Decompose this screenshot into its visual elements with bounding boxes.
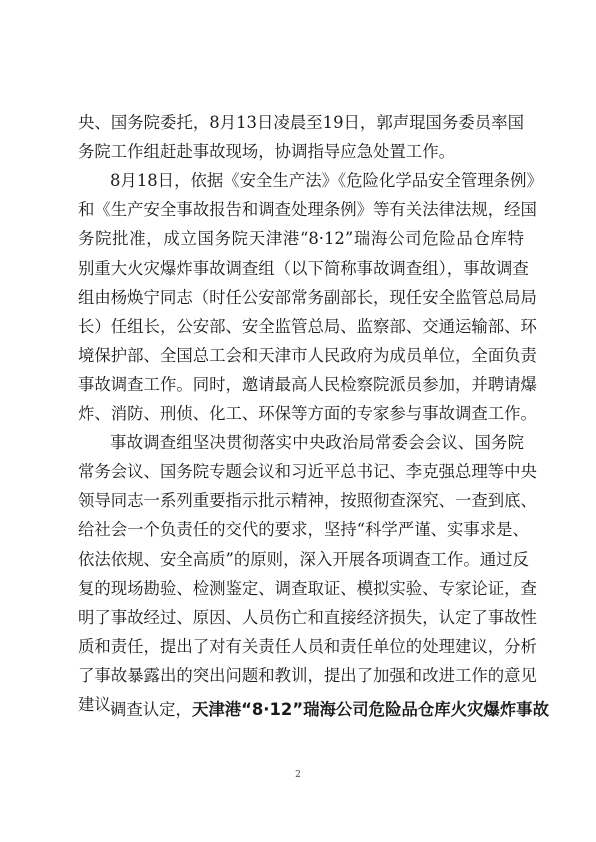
text-line: 别重大火灾爆炸事故调查组（以下简称事故调查组），事故调查 — [78, 258, 524, 280]
text-line: 给社会一个负责任的交代的要求，坚持“科学严谨、实事求是、 — [78, 519, 524, 541]
text-line: 领导同志一系列重要指示批示精神，按照彻查深究、一查到底、 — [78, 490, 524, 512]
final-line-normal-text: 调查认定， — [110, 700, 192, 719]
text-line: 长）任组长，公安部、安全监管总局、监察部、交通运输部、环 — [78, 316, 524, 338]
text-line: 复的现场勘验、检测鉴定、调查取证、模拟实验、专家论证，查 — [78, 578, 524, 600]
text-line: 境保护部、全国总工会和天津市人民政府为成员单位，全面负责 — [78, 345, 524, 367]
text-line: 事故调查组坚决贯彻落实中央政治局常委会会议、国务院 — [110, 432, 524, 454]
text-line: 了事故暴露出的突出问题和教训，提出了加强和改进工作的意见 — [78, 665, 524, 687]
text-line: 央、国务院委托，8月13日凌晨至19日，郭声琨国务委员率国 — [78, 112, 524, 134]
text-line: 依法依规、安全高质”的原则，深入开展各项调查工作。通过反 — [78, 549, 524, 571]
page-number: 2 — [290, 770, 306, 780]
text-line: 和《生产安全事故报告和调查处理条例》等有关法律法规，经国 — [78, 199, 524, 221]
text-line: 8月18日，依据《安全生产法》《危险化学品安全管理条例》 — [110, 170, 524, 192]
text-line: 事故调查工作。同时，邀请最高人民检察院派员参加，并聘请爆 — [78, 374, 524, 396]
text-line: 组由杨焕宁同志（时任公安部常务副部长，现任安全监管总局局 — [78, 287, 524, 309]
final-line-bold-text: 天津港“8·12”瑞海公司危险品仓库火灾爆炸事故 — [192, 700, 549, 719]
document-page: 央、国务院委托，8月13日凌晨至19日，郭声琨国务委员率国务院工作组赶赴事故现场… — [0, 0, 596, 842]
paragraph-final-line: 调查认定，天津港“8·12”瑞海公司危险品仓库火灾爆炸事故 — [110, 699, 524, 721]
text-line: 常务会议、国务院专题会议和习近平总书记、李克强总理等中央 — [78, 461, 524, 483]
text-line: 务院工作组赶赴事故现场，协调指导应急处置工作。 — [78, 141, 524, 163]
text-line: 务院批准，成立国务院天津港“8·12”瑞海公司危险品仓库特 — [78, 228, 524, 250]
text-line: 质和责任，提出了对有关责任人员和责任单位的处理建议，分析 — [78, 636, 524, 658]
text-line: 明了事故经过、原因、人员伤亡和直接经济损失，认定了事故性 — [78, 607, 524, 629]
text-line: 炸、消防、刑侦、化工、环保等方面的专家参与事故调查工作。 — [78, 403, 524, 425]
